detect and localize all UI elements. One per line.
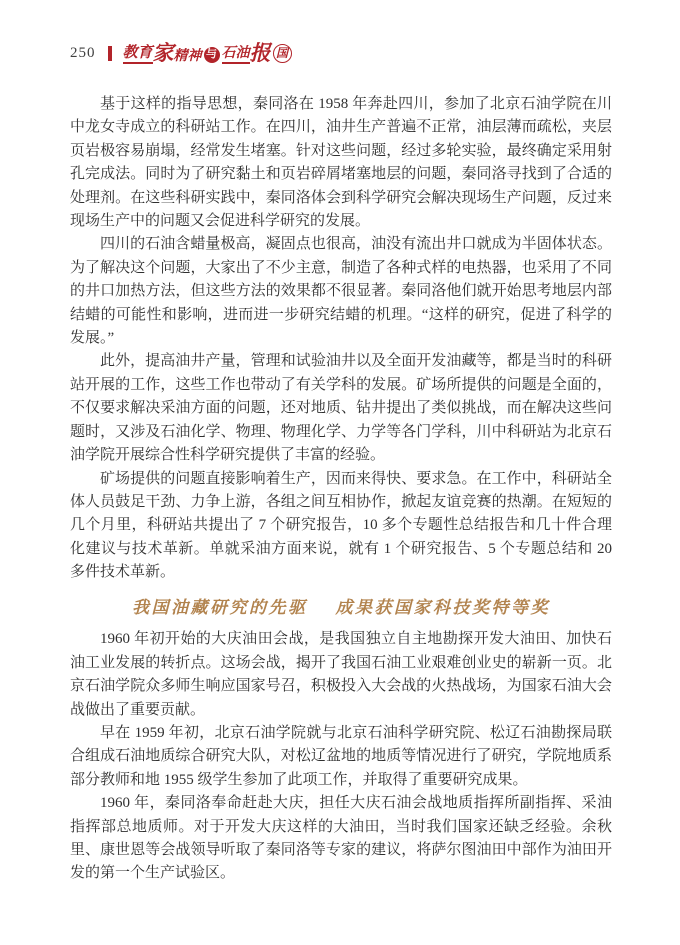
book-page: 250 教育 家 精神 与 石油 报 国 基于这样的指导思想，秦同洛在 1958…: [0, 0, 680, 945]
section-heading-part2: 成果获国家科技奖特等奖: [336, 598, 551, 617]
logo-guo-circle-icon: 国: [273, 44, 292, 63]
logo-text-jingshen: 精神: [174, 50, 202, 64]
body-paragraph: 基于这样的指导思想，秦同洛在 1958 年奔赴四川，参加了北京石油学院在川中龙女…: [70, 93, 612, 233]
body-paragraph: 早在 1959 年初，北京石油学院就与北京石油科学研究院、松辽石油勘探局联合组成…: [70, 722, 612, 792]
book-title-logo: 教育 家 精神 与 石油 报 国: [123, 43, 292, 64]
section-heading-part1: 我国油藏研究的先驱: [132, 598, 308, 617]
logo-yu-badge-icon: 与: [204, 47, 220, 63]
page-header: 250 教育 家 精神 与 石油 报 国: [70, 40, 612, 66]
section-heading: 我国油藏研究的先驱成果获国家科技奖特等奖: [70, 596, 612, 620]
body-paragraph: 此外，提高油井产量，管理和试验油井以及全面开发油藏等，都是当时的科研站开展的工作…: [70, 350, 612, 467]
body-paragraph: 矿场提供的问题直接影响着生产，因而来得快、要求急。在工作中，科研站全体人员鼓足干…: [70, 468, 612, 585]
logo-text-bao: 报: [250, 43, 271, 64]
logo-text-jia: 家: [153, 43, 174, 64]
body-paragraph: 1960 年初开始的大庆油田会战，是我国独立自主地勘探开发大油田、加快石油工业发…: [70, 628, 612, 722]
page-number: 250: [70, 46, 96, 61]
header-divider-bar: [108, 46, 112, 61]
body-paragraph: 1960 年，秦同洛奉命赶赴大庆，担任大庆石油会战地质指挥所副指挥、采油指挥部总…: [70, 792, 612, 886]
page-body: 基于这样的指导思想，秦同洛在 1958 年奔赴四川，参加了北京石油学院在川中龙女…: [70, 93, 612, 886]
logo-text-shiyou: 石油: [222, 47, 250, 64]
logo-text-jiaoyu: 教育: [123, 46, 153, 64]
body-paragraph: 四川的石油含蜡量极高，凝固点也很高，油没有流出井口就成为半固体状态。为了解决这个…: [70, 233, 612, 350]
